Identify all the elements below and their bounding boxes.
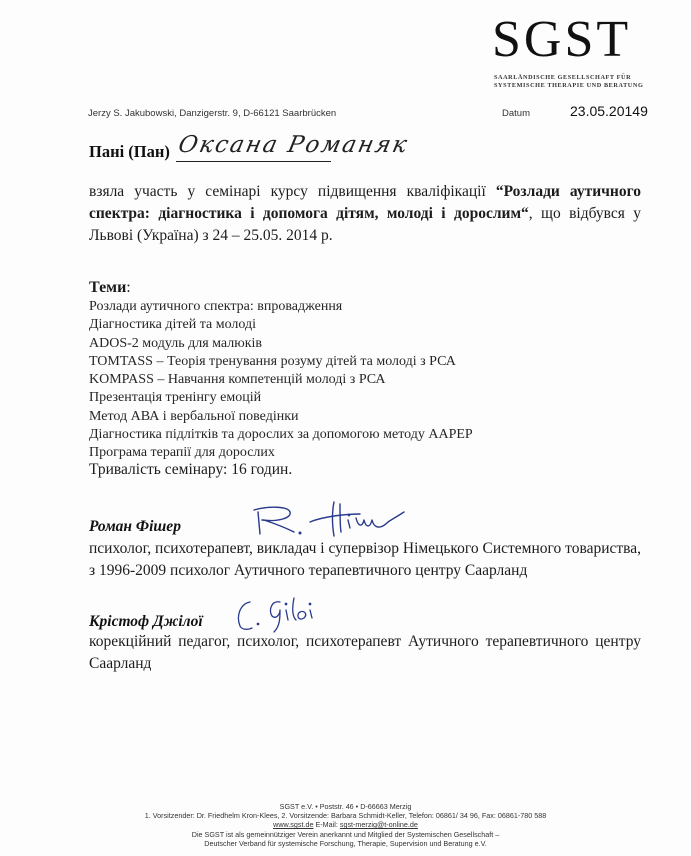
organization-name-line-1: Saarländische Gesellschaft für bbox=[494, 74, 643, 82]
topic-item: KOMPASS – Навчання компетенцій молоді з … bbox=[89, 371, 473, 389]
topics-list: Розлади аутичного спектра: впровадження … bbox=[89, 298, 473, 463]
topic-item: Метод АВА і вербальної поведінки bbox=[89, 408, 473, 426]
organization-name: Saarländische Gesellschaft für Systemisc… bbox=[494, 74, 643, 90]
topic-item: ADOS-2 модуль для малюків bbox=[89, 335, 473, 353]
footer-membership-line-2: Deutscher Verband für systemische Forsch… bbox=[0, 839, 691, 848]
footer: SGST e.V. • Poststr. 46 • D-66663 Merzig… bbox=[0, 802, 691, 848]
email-link[interactable]: sgst-merzig@t-online.de bbox=[340, 820, 418, 829]
email-label: E-Mail: bbox=[315, 820, 337, 829]
footer-membership-line-1: Die SGST ist als gemeinnütziger Verein a… bbox=[0, 830, 691, 839]
topics-heading: Теми: bbox=[89, 279, 131, 297]
sender-address: Jerzy S. Jakubowski, Danzigerstr. 9, D-6… bbox=[88, 108, 336, 119]
sgst-logo: SGST bbox=[492, 12, 631, 68]
signer-2-description: корекційний педагог, психолог, психотера… bbox=[89, 631, 641, 675]
topic-item: Діагностика підлітків та дорослих за доп… bbox=[89, 426, 473, 444]
topic-item: Розлади аутичного спектра: впровадження bbox=[89, 298, 473, 316]
seminar-duration: Тривалість семінару: 16 годин. bbox=[89, 461, 292, 479]
signer-2-name: Крістоф Джілої bbox=[89, 613, 203, 631]
signer-1-name: Роман Фішер bbox=[89, 518, 181, 536]
statement-intro: взяла участь у семінарі курсу підвищення… bbox=[89, 183, 496, 200]
signer-1-description: психолог, психотерапевт, викладач і супе… bbox=[89, 538, 641, 582]
recipient-underline bbox=[176, 161, 331, 162]
recipient-name-handwritten: Оксана Романяк bbox=[176, 132, 411, 158]
footer-board: 1. Vorsitzender: Dr. Friedhelm Kron-Klee… bbox=[0, 811, 691, 820]
signature-1-icon bbox=[248, 498, 428, 538]
date-label: Datum bbox=[502, 108, 530, 119]
date-value: 23.05.20149 bbox=[570, 103, 648, 119]
website-link[interactable]: www.sgst.de bbox=[273, 820, 313, 829]
topic-item: Презентація тренінгу емоцій bbox=[89, 389, 473, 407]
recipient-label: Пані (Пан) bbox=[89, 142, 170, 162]
topics-heading-colon: : bbox=[126, 279, 130, 296]
signature-2 bbox=[234, 594, 324, 634]
topics-heading-text: Теми bbox=[89, 279, 126, 296]
signature-1 bbox=[248, 498, 428, 538]
signature-2-icon bbox=[234, 594, 324, 634]
topic-item: Діагностика дітей та молоді bbox=[89, 316, 473, 334]
certificate-statement: взяла участь у семінарі курсу підвищення… bbox=[89, 181, 641, 247]
footer-contact: www.sgst.de E-Mail: sgst-merzig@t-online… bbox=[0, 820, 691, 829]
organization-name-line-2: Systemische Therapie und Beratung bbox=[494, 82, 643, 90]
topic-item: TOMTASS – Теорія тренування розуму дітей… bbox=[89, 353, 473, 371]
footer-address: SGST e.V. • Poststr. 46 • D-66663 Merzig bbox=[0, 802, 691, 811]
topic-item: Програма терапії для дорослих bbox=[89, 444, 473, 462]
